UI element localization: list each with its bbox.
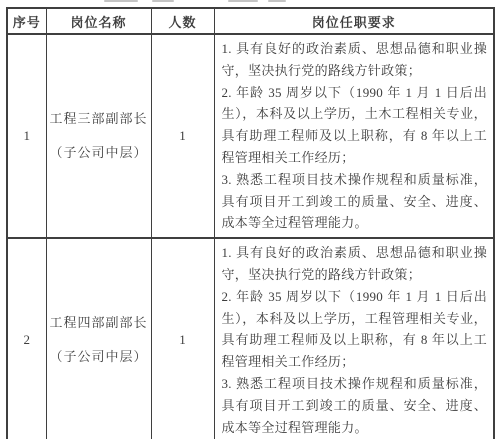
header-headcount: 人数 [151, 8, 214, 34]
headcount-cell: 1 [151, 238, 214, 439]
requirement-item: 2. 年龄 35 周岁以下（1990 年 1 月 1 日后出生），本科及以上学历… [222, 286, 488, 373]
position-name-line1: 工程四部副部长 [47, 306, 151, 340]
header-row: 序号 岗位名称 人数 岗位任职要求 [7, 8, 494, 34]
position-name-cell: 工程四部副部长 （子公司中层） [46, 238, 151, 439]
recruitment-requirements-table: 序号 岗位名称 人数 岗位任职要求 1 工程三部副部长 （子公司中层） 1 1.… [6, 7, 495, 439]
scan-artifact [152, 0, 174, 2]
header-position-name: 岗位名称 [46, 8, 151, 34]
position-name-line2: （子公司中层） [47, 340, 151, 374]
document-page: 序号 岗位名称 人数 岗位任职要求 1 工程三部副部长 （子公司中层） 1 1.… [0, 0, 500, 439]
header-serial-number: 序号 [7, 8, 46, 34]
header-position-requirements: 岗位任职要求 [214, 8, 494, 34]
requirements-cell: 1. 具有良好的政治素质、思想品德和职业操守，坚决执行党的路线方针政策； 2. … [214, 238, 494, 439]
requirement-item: 3. 熟悉工程项目技术操作规程和质量标准，具有项目开工到竣工的质量、安全、进度、… [222, 373, 488, 438]
requirement-item: 2. 年龄 35 周岁以下（1990 年 1 月 1 日后出生），本科及以上学历… [222, 82, 488, 169]
scan-artifact [104, 0, 138, 2]
position-name-cell: 工程三部副部长 （子公司中层） [46, 34, 151, 238]
table-row: 1 工程三部副部长 （子公司中层） 1 1. 具有良好的政治素质、思想品德和职业… [7, 34, 494, 238]
headcount-cell: 1 [151, 34, 214, 238]
requirement-item: 3. 熟悉工程项目技术操作规程和质量标准，具有项目开工到竣工的质量、安全、进度、… [222, 169, 488, 234]
table-row: 2 工程四部副部长 （子公司中层） 1 1. 具有良好的政治素质、思想品德和职业… [7, 238, 494, 439]
serial-number-cell: 1 [7, 34, 46, 238]
requirements-cell: 1. 具有良好的政治素质、思想品德和职业操守，坚决执行党的路线方针政策； 2. … [214, 34, 494, 238]
scan-artifact [228, 0, 258, 2]
requirement-item: 1. 具有良好的政治素质、思想品德和职业操守，坚决执行党的路线方针政策； [222, 242, 488, 286]
position-name-line2: （子公司中层） [47, 136, 151, 170]
scan-artifact [268, 0, 286, 2]
position-name-line1: 工程三部副部长 [47, 102, 151, 136]
requirement-item: 1. 具有良好的政治素质、思想品德和职业操守，坚决执行党的路线方针政策； [222, 38, 488, 82]
serial-number-cell: 2 [7, 238, 46, 439]
